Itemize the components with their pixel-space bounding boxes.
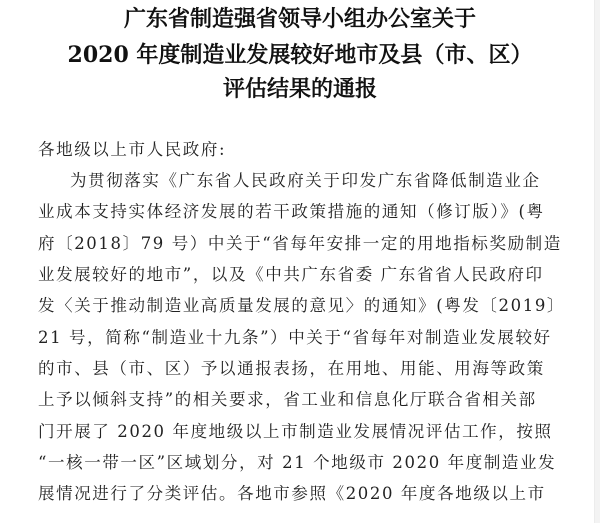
document-page: 广东省制造强省领导小组办公室关于 2020 年度制造业发展较好地市及县（市、区）… — [0, 0, 594, 523]
body-line-4: 业发展较好的地市”，以及《中共广东省委 广东省省人民政府印 — [38, 264, 538, 286]
body-line-9: 门开展了 2020 年度地级以上市制造业发展情况评估工作，按照 — [38, 421, 538, 443]
body-line-5: 发〈关于推动制造业高质量发展的意见〉的通知》(粤发〔2019〕 — [38, 295, 538, 317]
document-title-line-1: 广东省制造强省领导小组办公室关于 — [0, 4, 600, 34]
salutation: 各地级以上市人民政府: — [38, 139, 538, 161]
document-title-line-3: 评估结果的通报 — [0, 74, 600, 104]
body-line-3: 府〔2018〕79 号）中关于“省每年安排一定的用地指标奖励制造 — [38, 233, 538, 255]
body-line-11: 展情况进行了分类评估。各地市参照《2020 年度各地级以上市 — [38, 483, 538, 505]
document-title-line-2: 2020 年度制造业发展较好地市及县（市、区） — [0, 40, 600, 70]
body-line-6: 21 号，简称“制造业十九条”）中关于“省每年对制造业发展较好 — [38, 327, 538, 349]
body-line-7: 的市、县（市、区）予以通报表扬，在用地、用能、用海等政策 — [38, 358, 538, 380]
body-line-1: 为贯彻落实《广东省人民政府关于印发广东省降低制造业企 — [70, 170, 570, 192]
body-line-2: 业成本支持实体经济发展的若干政策措施的通知（修订版）》(粤 — [38, 201, 538, 223]
body-line-10: “一核一带一区”区域划分，对 21 个地级市 2020 年度制造业发 — [38, 452, 538, 474]
page-right-edge — [594, 0, 600, 523]
body-line-8: 上予以倾斜支持”的相关要求，省工业和信息化厅联合省相关部 — [38, 389, 538, 411]
